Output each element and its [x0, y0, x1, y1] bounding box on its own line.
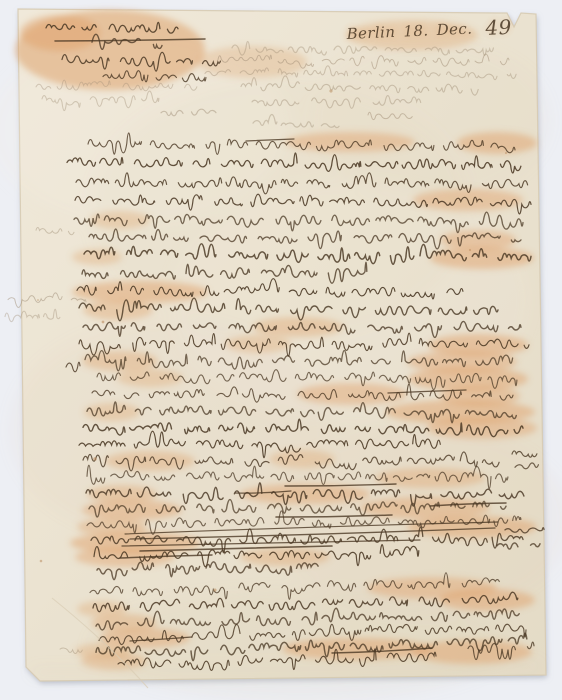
foxing-speck: [40, 560, 43, 563]
foxing-speck: [213, 588, 216, 591]
foxing-speck: [329, 89, 332, 92]
foxing-speck: [469, 249, 471, 251]
foxing-speck: [93, 457, 96, 460]
foxing-speck: [150, 538, 154, 542]
letter-svg: [0, 0, 562, 700]
foxing-speck: [37, 299, 39, 301]
foxing-speck: [102, 321, 105, 324]
foxing-speck: [505, 152, 507, 154]
letter-scan: Berlin 18. Dec. 49: [0, 0, 562, 700]
